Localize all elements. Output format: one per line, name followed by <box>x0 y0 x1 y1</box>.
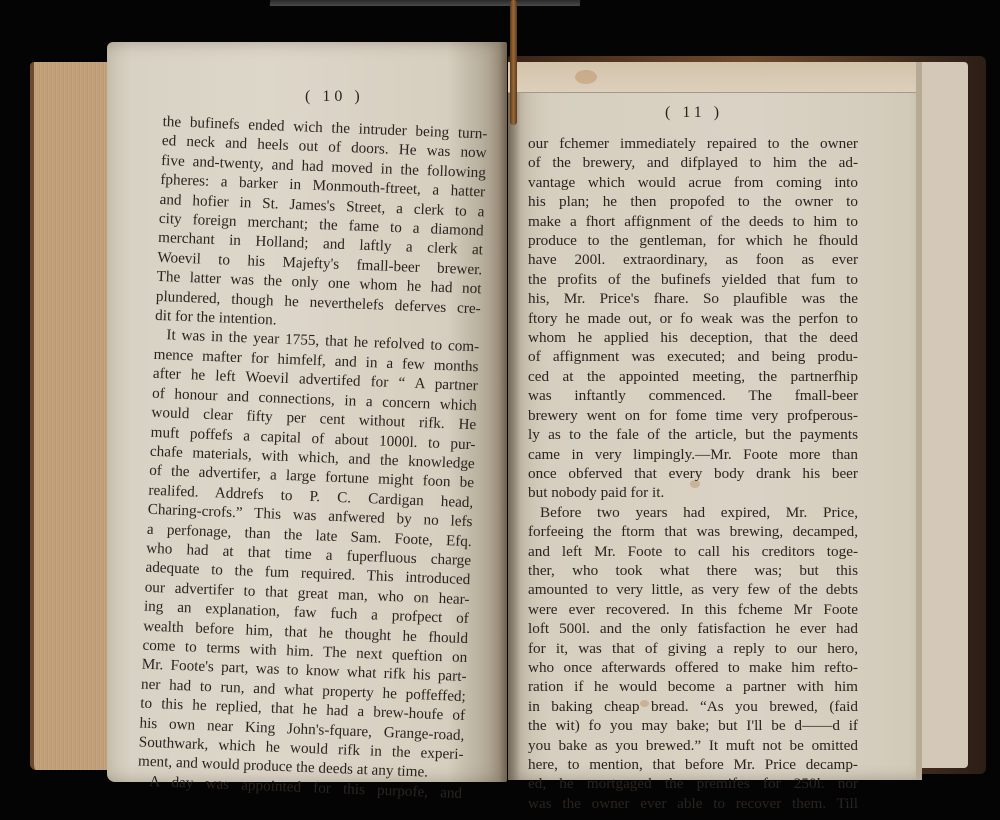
text-line: of affignment was executed; and being pr… <box>528 347 858 366</box>
text-line: brewery went on for fome time very profp… <box>528 406 858 425</box>
text-line: but nobody paid for it. <box>528 483 858 502</box>
text-line: vantage which would acrue from coming in… <box>528 173 858 192</box>
text-line: amounted to very little, as very few of … <box>528 580 858 599</box>
text-line: ftory he made out, or fo weak was the pe… <box>528 309 858 328</box>
text-line: who once afterwards offered to make him … <box>528 658 858 677</box>
right-page-text: our fchemer immediately repaired to the … <box>528 134 858 813</box>
bookmark-ribbon-top <box>270 0 580 6</box>
text-line: the profits of the bufinefs yielded that… <box>528 270 858 289</box>
text-line: here, to mention, that before Mr. Price … <box>528 755 858 774</box>
text-line: you bake as you brewed.” It muft not be … <box>528 736 858 755</box>
text-line: ly as to the fale of the article, but th… <box>528 425 858 444</box>
foxing-stain <box>575 70 597 84</box>
text-line: once obferved that every body drank his … <box>528 464 858 483</box>
text-line: produce to the gentleman, for which he f… <box>528 231 858 250</box>
text-line: his plan; he then propofed to the owner … <box>528 192 858 211</box>
text-line: Before two years had expired, Mr. Price, <box>528 503 858 522</box>
left-page-text: the bufinefs ended wich the intruder bei… <box>137 112 488 803</box>
text-line: were ever recovered. In this fcheme Mr F… <box>528 600 858 619</box>
text-line: ther, who took what there was; but this <box>528 561 858 580</box>
right-page-top-margin <box>508 62 916 93</box>
text-line: whom he applied his deception, that the … <box>528 328 858 347</box>
text-line: and left Mr. Foote to call his creditors… <box>528 542 858 561</box>
text-line: ed, he mortgaged the premifes for 250l. … <box>528 774 858 793</box>
text-line: was the owner ever able to recover them.… <box>528 794 858 813</box>
text-line: of the brewery, and difplayed to him the… <box>528 153 858 172</box>
text-line: forfeeing the ftorm that was brewing, de… <box>528 522 858 541</box>
text-line: came in very limpingly.—Mr. Foote more t… <box>528 445 858 464</box>
text-line: ration if he would become a partner with… <box>528 677 858 696</box>
text-line: for it, was that of giving a reply to ou… <box>528 639 858 658</box>
page-number-left: ( 10 ) <box>305 88 364 106</box>
book-photo: ( 10 ) ( 11 ) the bufinefs ended wich th… <box>0 0 1000 820</box>
text-line: make a fhort affignment of the deeds to … <box>528 212 858 231</box>
text-line: ced at the appointed meeting, the partne… <box>528 367 858 386</box>
text-line: our fchemer immediately repaired to the … <box>528 134 858 153</box>
text-line: have 200l. extraordinary, as foon as eve… <box>528 250 858 269</box>
text-line: was inftantly commenced. The fmall-beer <box>528 386 858 405</box>
text-line: loft 500l. and the only fatisfaction he … <box>528 619 858 638</box>
text-line: in baking cheap bread. “As you brewed, (… <box>528 697 858 716</box>
bookmark-ribbon-string <box>510 0 517 125</box>
text-line: his, Mr. Price's fhare. So plaufible was… <box>528 289 858 308</box>
page-number-right: ( 11 ) <box>665 104 723 122</box>
text-line: the wit) fo you may bake; but I'll be d—… <box>528 716 858 735</box>
